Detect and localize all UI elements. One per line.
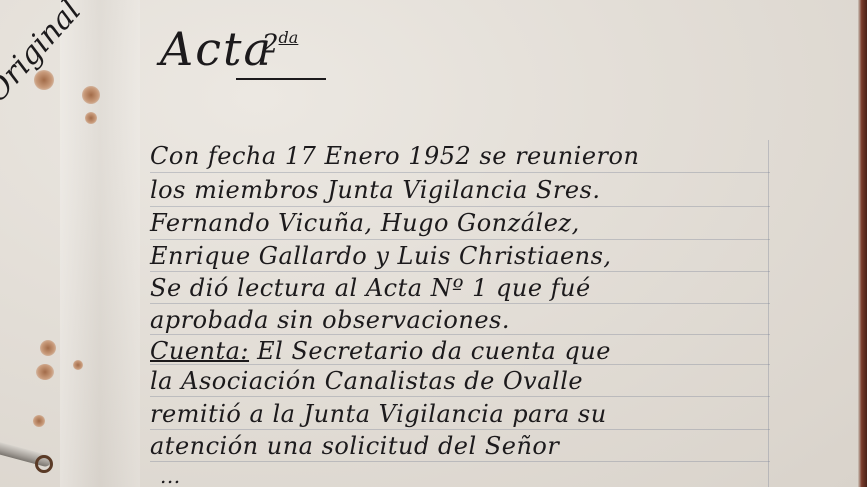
rust-hole xyxy=(36,364,54,380)
title-ordinal: 2da xyxy=(262,28,298,60)
ruled-line xyxy=(150,206,770,207)
ruled-line xyxy=(150,429,770,430)
book-binding-edge xyxy=(858,0,867,487)
text-line: los miembros Junta Vigilancia Sres. xyxy=(150,176,601,204)
text-line: atención una solicitud del Señor xyxy=(150,432,559,460)
ruled-line xyxy=(150,271,770,272)
text-line-remainder: El Secretario da cuenta que xyxy=(249,337,611,365)
rust-hole xyxy=(40,340,56,356)
text-line: Enrique Gallardo y Luis Christiaens, xyxy=(150,242,612,270)
title-underline xyxy=(236,78,326,80)
rust-hole xyxy=(82,86,100,104)
text-line: remitió a la Junta Vigilancia para su xyxy=(150,400,607,428)
binder-eyelet xyxy=(35,455,53,473)
ordinal-suffix: da xyxy=(279,28,299,47)
section-heading: Cuenta: xyxy=(150,337,249,365)
ordinal-number: 2 xyxy=(262,30,279,60)
rust-hole xyxy=(34,70,54,90)
rust-hole xyxy=(85,112,97,124)
page-title: Acta xyxy=(160,22,273,76)
ruled-line xyxy=(150,396,770,397)
text-line: aprobada sin observaciones. xyxy=(150,306,510,334)
text-line: Fernando Vicuña, Hugo González, xyxy=(150,209,580,237)
rust-hole xyxy=(33,415,45,427)
text-line-cuenta: Cuenta: El Secretario da cuenta que xyxy=(150,337,611,365)
document-page: Original Acta 2da Con fecha 17 Enero 195… xyxy=(0,0,858,487)
text-line: la Asociación Canalistas de Ovalle xyxy=(150,367,583,395)
margin-line xyxy=(768,140,769,487)
margin-note-original: Original xyxy=(0,0,88,109)
ruled-line xyxy=(150,239,770,240)
rust-hole xyxy=(73,360,83,370)
ruled-line xyxy=(150,172,770,173)
text-line: Se dió lectura al Acta Nº 1 que fué xyxy=(150,274,591,302)
text-line: Con fecha 17 Enero 1952 se reunieron xyxy=(150,142,639,170)
ruled-line xyxy=(150,334,770,335)
text-line-partial: ... xyxy=(160,464,181,487)
ruled-line xyxy=(150,303,770,304)
ruled-line xyxy=(150,461,770,462)
